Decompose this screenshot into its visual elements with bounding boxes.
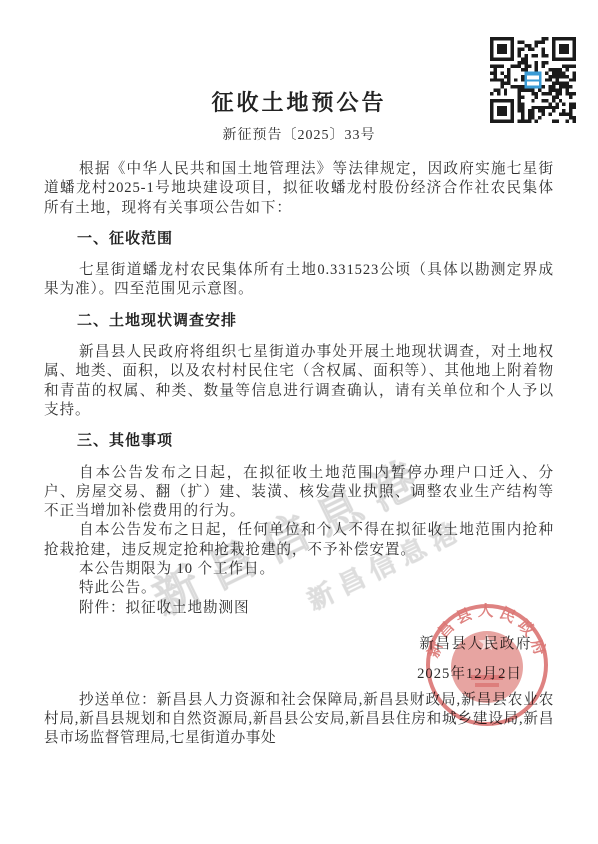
section-heading-3: 三、其他事项 (44, 432, 554, 451)
document-content: 征收土地预公告 新征预告〔2025〕33号 根据《中华人民共和国土地管理法》等法… (44, 0, 554, 763)
signature-issuer: 新昌县人民政府 (44, 635, 554, 654)
notice-period-line: 本公告期限为 10 个工作日。 (44, 560, 554, 579)
intro-paragraph: 根据《中华人民共和国土地管理法》等法律规定，因政府实施七星街道蟠龙村2025-1… (44, 160, 554, 218)
section-3-paragraph-2: 自本公告发布之日起，任何单位和个人不得在拟征收土地范围内抢种抢栽抢建，违反规定抢… (44, 521, 554, 560)
attachment-line: 附件：拟征收土地勘测图 (44, 599, 554, 618)
announcement-page: 新昌信息港 新昌信息港 征收土地预公告 新征预告〔2025〕33号 根据《中华人… (0, 0, 598, 844)
document-title: 征收土地预公告 (44, 88, 554, 118)
signature-date: 2025年12月2日 (44, 665, 554, 684)
cc-footer: 抄送单位：新昌县人力资源和社会保障局,新昌县财政局,新昌县农业农村局,新昌县规划… (44, 691, 554, 749)
hereby-announced-line: 特此公告。 (44, 579, 554, 598)
document-number: 新征预告〔2025〕33号 (44, 126, 554, 146)
section-2-paragraph: 新昌县人民政府将组织七星街道办事处开展土地现状调查，对土地权属、地类、面积，以及… (44, 343, 554, 420)
section-3-paragraph-1: 自本公告发布之日起，在拟征收土地范围内暂停办理户口迁入、分户、房屋交易、翻（扩）… (44, 464, 554, 522)
section-heading-2: 二、土地现状调查安排 (44, 312, 554, 331)
section-heading-1: 一、征收范围 (44, 230, 554, 249)
section-1-paragraph: 七星街道蟠龙村农民集体所有土地0.331523公顷（具体以勘测定界成果为准）。四… (44, 261, 554, 300)
